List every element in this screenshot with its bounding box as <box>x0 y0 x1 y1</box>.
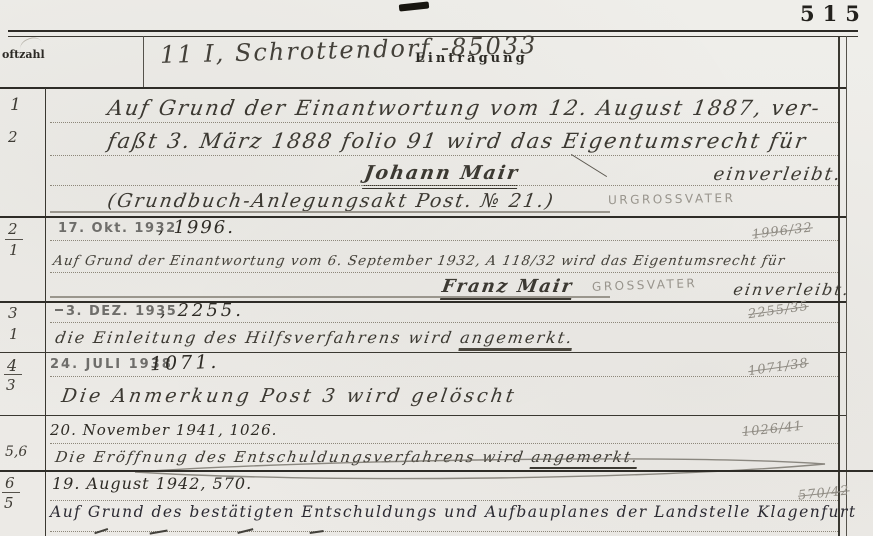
margin-post-number: 4 <box>7 356 17 375</box>
entry2-underline-smear <box>50 296 610 298</box>
margin-post-number: 3 <box>8 304 18 322</box>
entry1-text-line2: faßt 3. März 1888 folio 91 wird das Eige… <box>106 129 809 153</box>
pencil-annotation-grossvater: GROSSVATER <box>592 276 698 294</box>
entry2-text-line1: Auf Grund der Einantwortung vom 6. Septe… <box>52 253 786 269</box>
margin-post-number: 1 <box>9 241 19 259</box>
margin-post-number: 1 <box>10 95 21 115</box>
crossed-reference: 1026/41 <box>741 419 803 440</box>
entry-divider <box>0 470 873 472</box>
ruled-line <box>50 155 838 156</box>
margin-post-number: 5 <box>4 494 14 512</box>
pen-stroke <box>571 154 607 177</box>
margin-fraction-line <box>4 374 22 375</box>
cut-off-line-fragment <box>310 530 325 536</box>
ruled-line <box>50 531 838 532</box>
column-title-eintragung: Eintragung <box>415 51 528 66</box>
entry4-journal-number: 1071. <box>150 351 220 375</box>
margin-fraction-line <box>2 492 20 493</box>
page-number: 515 <box>800 1 868 26</box>
ruled-line <box>50 443 838 444</box>
margin-post-number: 6 <box>5 474 15 492</box>
entry3-journal-number: , 2255. <box>160 300 244 321</box>
entry3-underlined-word: angemerkt. <box>458 328 575 351</box>
ruled-line <box>50 272 838 273</box>
header-bottom-line <box>0 87 846 89</box>
entry-divider <box>0 301 846 303</box>
entry4-text-line1: Die Anmerkung Post 3 wird gelöscht <box>60 385 518 407</box>
entry6-text-line1: Auf Grund des bestätigten Entschuldungs … <box>50 503 857 521</box>
ruled-line <box>50 122 838 123</box>
cut-off-line-fragment <box>94 528 109 536</box>
entry6-date-line: 19. August 1942, 570. <box>52 474 252 493</box>
entry1-underline-smear <box>50 211 610 213</box>
entry5-date-line: 20. November 1941, 1026. <box>50 421 277 439</box>
entry1-text-line1: Auf Grund der Einantwortung vom 12. Augu… <box>106 96 823 120</box>
margin-column-line <box>45 88 46 536</box>
cut-off-line-fragment <box>237 528 254 536</box>
margin-post-number: 3 <box>6 376 16 394</box>
stamp-tick-mark <box>55 309 63 311</box>
cut-off-glyph-mark <box>399 1 430 11</box>
entry-divider <box>0 415 846 416</box>
entry1-closing: (Grundbuch-Anlegungsakt Post. № 21.) <box>106 190 556 212</box>
entry3-text-line1: die Einleitung des Hilfsverfahrens wird … <box>54 328 575 347</box>
margin-post-number: 2 <box>8 220 18 238</box>
entry3-text: die Einleitung des Hilfsverfahrens wird <box>54 328 462 347</box>
margin-fraction-line <box>5 239 23 240</box>
entry2-verb: einverleibt. <box>732 280 852 299</box>
margin-post-number: 1 <box>9 325 19 343</box>
margin-post-number: 2 <box>8 128 18 146</box>
pencil-annotation-urgrossvater: URGROSSVATER <box>608 191 736 207</box>
ruled-line <box>50 185 838 186</box>
entry2-journal-number: , 1996. <box>158 217 235 238</box>
margin-post-number: 5,6 <box>5 444 27 460</box>
ruled-line <box>50 376 838 377</box>
entry1-verb: einverleibt. <box>712 164 843 185</box>
frame-top-line <box>8 30 858 32</box>
entry-divider <box>0 216 846 218</box>
ruled-line <box>50 322 838 323</box>
header-cell-divider <box>143 36 144 88</box>
ruled-line <box>50 240 838 241</box>
ruled-line <box>50 500 838 501</box>
entry-divider <box>0 352 846 353</box>
grundbuch-scan-page: 515 oftzahl 11 I, Schrottendorf -85033 E… <box>0 0 873 536</box>
